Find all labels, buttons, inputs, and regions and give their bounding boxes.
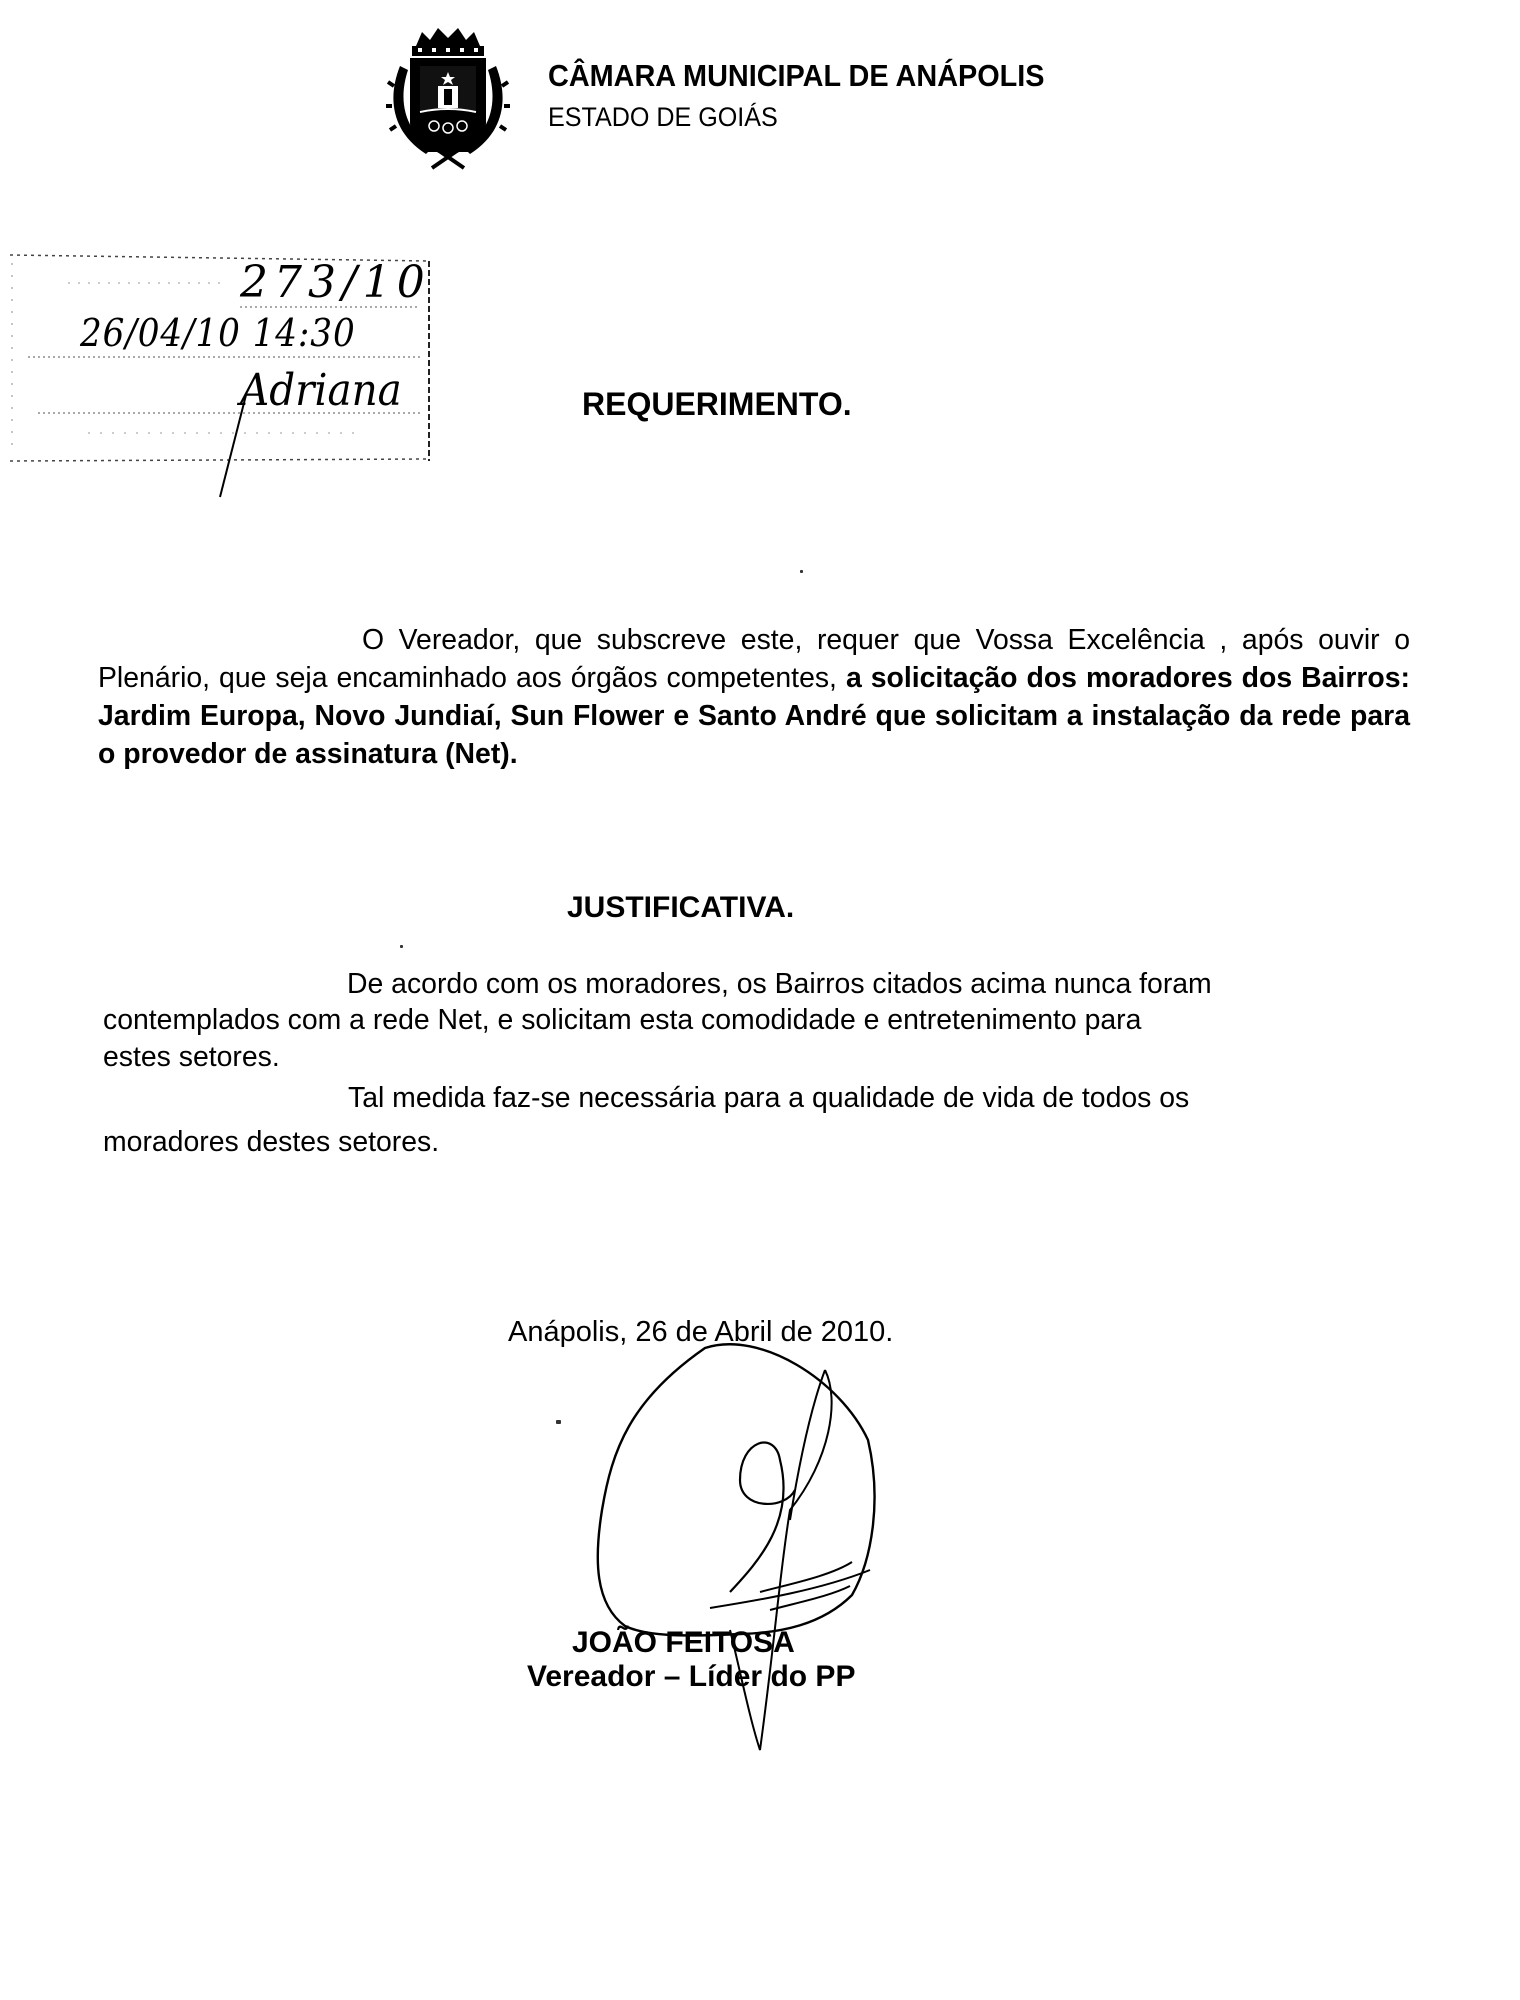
state-name: ESTADO DE GOIÁS — [548, 102, 778, 133]
document-title: REQUERIMENTO. — [582, 386, 852, 423]
scan-speck — [556, 1420, 561, 1424]
stamp-datetime: 26/04/10 14:30 — [80, 311, 356, 355]
scan-speck — [400, 945, 403, 948]
place-and-date: Anápolis, 26 de Abril de 2010. — [508, 1316, 893, 1349]
justification-title: JUSTIFICATIVA. — [567, 891, 794, 925]
scan-speck — [800, 570, 803, 573]
signer-role: Vereador – Líder do PP — [527, 1660, 855, 1694]
justification-line: estes setores. — [103, 1041, 280, 1074]
request-paragraph: O Vereador, que subscreve este, requer q… — [98, 621, 1410, 773]
signature-stroke-icon — [208, 393, 268, 503]
signer-name: JOÃO FEITOSA — [572, 1626, 795, 1660]
handwritten-signature — [590, 1340, 890, 1810]
justification-line: Tal medida faz-se necessária para a qual… — [348, 1082, 1189, 1115]
justification-line: moradores destes setores. — [103, 1126, 439, 1159]
municipal-crest-icon — [386, 26, 510, 170]
stamp-protocol-number: 273/10 — [240, 257, 431, 308]
institution-name: CÂMARA MUNICIPAL DE ANÁPOLIS — [548, 58, 1045, 94]
protocol-stamp: 273/10 26/04/10 14:30 Adriana — [8, 253, 431, 463]
justification-line: contemplados com a rede Net, e solicitam… — [103, 1004, 1141, 1037]
justification-line: De acordo com os moradores, os Bairros c… — [347, 968, 1212, 1001]
